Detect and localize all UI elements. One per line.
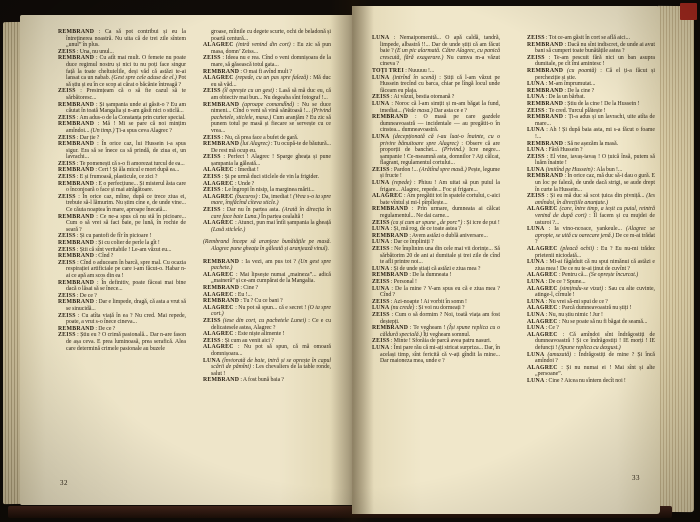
dialogue-line: ALAGREC : Este niște alimente ! [203, 331, 331, 338]
dialogue-line: LUNA : Îmi pare rău că mi-ați stricat su… [372, 345, 500, 365]
line-text: (ca și cum ar spune „de porc”) : Și icre… [390, 220, 500, 226]
line-text: : Și cu pantofi de fîr în picioare ! [76, 233, 152, 239]
dialogue-line: ZEISS : Ai văzut, bestia otomană ? [372, 94, 500, 101]
dialogue-line: REMBRAND : Și cu colier de perle la gît … [58, 240, 186, 247]
speaker-name: REMBRAND [58, 121, 94, 127]
line-text: : Eu !... [234, 292, 252, 298]
dialogue-line: REMBRAND : Cu atît mai mult. O femeie nu… [58, 55, 186, 88]
speaker-name: REMBRAND [58, 102, 94, 108]
line-text: : Cert ! Și ăla micul e mort după ea... [94, 167, 179, 173]
line-text: (intrînd în scenă) : Știți că l-am văzut… [380, 75, 500, 94]
dialogue-line: REMBRAND : Dacă nu sînt indiscret, de un… [527, 42, 655, 55]
speaker-name: REMBRAND [203, 285, 239, 291]
dialogue-line: REMBRAND : Dar e limpede, dragă, că asta… [58, 299, 186, 312]
dialogue-line: LUNA : Mi-ai făgăduit că nu spui nimănui… [527, 259, 655, 272]
line-text: : Știi că sînt veritabile ! Le-am văzut … [76, 247, 172, 253]
dialogue-line: REMBRAND : Și șampania unde ai găsit-o ?… [58, 102, 186, 115]
speaker-name: ALAGREC [203, 42, 234, 48]
speaker-name: ZEISS [203, 318, 221, 324]
line-text: : Imediat ! [234, 167, 259, 173]
dialogue-line: REMBRAND : Tu ? Cu ce bani ? [203, 298, 331, 305]
dialogue-line: ZEISS : Tot ce-am găsit în cort se află … [527, 35, 655, 42]
speaker-name: ZEISS [203, 88, 221, 94]
line-text: : M-am împrumutat... [544, 81, 595, 87]
left-page-text: REMBRAND : Ca să pot contribui și eu la … [20, 15, 352, 384]
dialogue-line: LUNA : De la mine ? V-am spus eu că e zi… [372, 286, 500, 299]
dialogue-line: REMBRAND (lui Alagrec) : Tu ocupă-te de … [203, 141, 331, 154]
speaker-name: ZEISS [203, 207, 221, 213]
speaker-name: REMBRAND [203, 69, 239, 75]
speaker-name: REMBRAND [58, 253, 94, 259]
dialogue-line: ZEISS : Și cum au venit aici ? [203, 338, 331, 345]
dialogue-line: ALAGREC : Și nu numai ei ! Mai sînt și a… [527, 365, 655, 378]
speaker-name: REMBRAND [58, 299, 94, 305]
dialogue-line: ZEISS (ca și cum ar spune „de porc”) : Ș… [372, 220, 500, 227]
line-text: (nu crede) : Și voi nu dormeați ? [389, 305, 464, 311]
dialogue-line: REMBRAND : A fost bună baia ? [203, 377, 331, 384]
dialogue-line: ALAGREC : Nu pot să spun... că e secret … [203, 305, 331, 318]
speaker-name: ALAGREC [203, 75, 234, 81]
speaker-name: LUNA [372, 134, 389, 140]
speaker-name: ALAGREC [527, 246, 558, 252]
dialogue-line: REMBRAND : Te vegheam ! (Își spune repli… [372, 325, 500, 338]
speaker-name: ZEISS [203, 187, 221, 193]
speaker-name: ALAGREC [203, 194, 234, 200]
speaker-name: REMBRAND [527, 173, 563, 179]
dialogue-line: LUNA (înviorată de baie, intră și se opr… [203, 358, 331, 378]
speaker-name: REMBRAND [527, 42, 563, 48]
speaker-name: LUNA [527, 325, 544, 331]
line-text: : De la dumneata ! [408, 272, 451, 278]
line-text: (amuzată) : Îndrăgostiți de mine ? Și în… [535, 352, 655, 365]
speaker-name: LUNA [527, 94, 544, 100]
line-text: : Este niște alimente ! [234, 331, 285, 337]
speaker-name: LUNA [372, 305, 389, 311]
line-text: (înviorată de baie, intră și se oprește … [211, 358, 331, 377]
speaker-name: ZEISS [58, 332, 76, 338]
dialogue-line: LUNA : Ah ! Și după baia asta, mi s-a fă… [527, 127, 655, 140]
dialogue-line: ALAGREC : Unde ? [203, 181, 331, 188]
speaker-name: LUNA [203, 358, 220, 364]
dialogue-line: LUNA : Cine ? Aicea nu sîntem decît noi … [527, 378, 655, 385]
speaker-name: REMBRAND [58, 214, 94, 220]
speaker-name: LUNA [527, 378, 544, 384]
right-page-column-2: ZEISS : Tot ce-am găsit în cort se află … [527, 35, 655, 384]
line-text: : Te-am pescuit fără nici un ban asupra … [535, 55, 655, 68]
line-text: : Și cu colier de perle la gît ! [94, 240, 160, 246]
line-text: : De ce ? Spune... [544, 279, 585, 285]
speaker-name: REMBRAND [203, 377, 239, 383]
line-text: : Tu ? Cu ce bani ? [239, 298, 283, 304]
speaker-name: ZEISS [58, 247, 76, 253]
line-text: : E și frumoasă, plasticule, ce zici ? [76, 174, 158, 180]
line-text: : Nu, nu știu nimic ! Jur ! [544, 312, 602, 318]
speaker-name: REMBRAND [527, 141, 563, 147]
speaker-name: ALAGREC [527, 206, 558, 212]
speaker-name: ALAGREC [527, 305, 558, 311]
speaker-name: LUNA [527, 226, 544, 232]
speaker-name: ZEISS [527, 193, 545, 199]
dialogue-line: LUNA : Fără Hussein ? [527, 147, 655, 154]
speaker-name: REMBRAND [527, 101, 563, 107]
line-text: (repede) : Phiuu ! Am uitat să pun puiul… [380, 180, 500, 193]
speaker-name: ALAGREC [203, 220, 234, 226]
dialogue-line: ZEISS : Te pomenești că s-o fi amorezat … [58, 161, 186, 168]
dialogue-line: groase, mîinile cu degete scurte, ochi d… [203, 29, 331, 42]
line-text: : Ah ! Și după baia asta, mi s-a făcut o… [535, 127, 655, 140]
dialogue-line: ALAGREC : Atunci, pun mai întîi șampania… [203, 220, 331, 233]
speaker-name: ZEISS [58, 49, 76, 55]
dialogue-line: REMBRAND : Mă ! Mi se pare că noi mințim… [58, 121, 186, 134]
line-text: : Nu vrei să-mi spui de ce ? [544, 299, 607, 305]
line-text: : Știu de la cine ! De la Hussein ! [563, 101, 639, 107]
speaker-name: REMBRAND [372, 272, 408, 278]
dialogue-line: LUNA (decepționată că i-au luat-o înaint… [372, 134, 500, 167]
dialogue-line: REMBRAND : În orice caz, lui Hussein i-a… [58, 141, 186, 161]
line-text: : Nu, că prea face a bufet de gară. [221, 135, 299, 141]
speaker-name: LUNA [527, 259, 544, 265]
dialogue-line: REMBRAND (aproape comandînd) : Nu se duc… [203, 102, 331, 135]
dialogue-line: ZEISS : Pardon !... (Arătînd spre masă.)… [372, 167, 500, 180]
line-text: : De la mine ? V-am spus eu că e ziua me… [380, 286, 500, 299]
speaker-name: ZEISS [58, 174, 76, 180]
speaker-name: ZEISS [58, 260, 76, 266]
speaker-name: ZEISS [372, 167, 390, 173]
dialogue-line: LUNA : Dar ce împliniți ? [372, 239, 500, 246]
line-text: : Nemaipomenită... O apă caldă, tandră, … [380, 35, 500, 67]
dialogue-line: ZEISS : Le îngropi în nisip, la marginea… [203, 187, 331, 194]
speaker-name: ALAGREC [203, 292, 234, 298]
line-text: : O mai fi avînd mult ? [239, 69, 292, 75]
line-text: : Noroc că l-am simțit și m-am băgat la … [380, 101, 500, 114]
speaker-name: LUNA [527, 312, 544, 318]
speaker-name: REMBRAND [372, 233, 408, 239]
dialogue-line: ZEISS : Personal ! [372, 279, 500, 286]
line-text: (imitînd pe Hussein) : Ala bun !... [544, 167, 622, 173]
speaker-name: ALAGREC [203, 181, 234, 187]
speaker-name: REMBRAND [58, 181, 94, 187]
dialogue-line: LUNA : Nu vrei să-mi spui de ce ? [527, 299, 655, 306]
speaker-name: ZEISS [372, 338, 390, 344]
speaker-name: ALAGREC [527, 319, 558, 325]
speaker-name: ZEISS [527, 154, 545, 160]
speaker-name: REMBRAND [372, 325, 408, 331]
line-text: : Parcă dumneavoastră nu știți ! [558, 305, 632, 311]
speaker-name: ALAGREC [203, 305, 234, 311]
right-page: LUNA : Nemaipomenită... O apă caldă, tan… [352, 6, 660, 514]
speaker-name: REMBRAND [372, 114, 408, 120]
dialogue-line: LUNA : De la un bărbat. [527, 94, 655, 101]
line-text: (îl oprește cu un gest) : Lasă să mă duc… [211, 88, 331, 101]
line-text: : De la un bărbat. [544, 94, 585, 100]
line-text: (decepționată că i-au luat-o înainte, cu… [380, 134, 500, 166]
dialogue-line: ZEISS : Și eu mă duc să scot țuica din p… [527, 193, 655, 206]
dialogue-line: ALAGREC (intră venind din cort) : Eu zic… [203, 42, 331, 55]
speaker-name: ALAGREC [203, 272, 234, 278]
line-text: : Ai văzut, bestia otomană ? [390, 94, 455, 100]
dialogue-line: REMBRAND : Cînd ? [58, 253, 186, 260]
line-text: : Pardon !... (Arătînd spre masă.) Pește… [380, 167, 500, 180]
dialogue-line: ZEISS : Te-am pescuit fără nici un ban a… [527, 55, 655, 68]
line-text: : Și pe urmă duci sticlele de vin la fri… [221, 174, 319, 180]
speaker-name: LUNA [372, 266, 389, 272]
dialogue-line: LUNA (repede) : Phiuu ! Am uitat să pun … [372, 180, 500, 193]
speaker-name: ZEISS [372, 312, 390, 318]
dialogue-line: ALAGREC : Că amîndoi sînt îndrăgostiți d… [527, 332, 655, 352]
line-text: : Am adus-o de la Constanța prin curier … [76, 115, 186, 121]
speaker-name: ZEISS [203, 55, 221, 61]
dialogue-line: ZEISS : Te cred. Turcul plătește ! [527, 108, 655, 115]
speaker-name: LUNA [527, 352, 544, 358]
speaker-name: ZEISS [372, 94, 390, 100]
speaker-name: ZEISS [527, 108, 545, 114]
dialogue-line: ALAGREC : Mai lipsește numai „maineza”..… [203, 272, 331, 285]
dialogue-line: ALAGREC : Parcă dumneavoastră nu știți ! [527, 305, 655, 312]
dialogue-line: ZEISS : Perfect ! Alagrec ! Sparge gheaț… [203, 154, 331, 167]
line-text: (Rembrand începe să aranjeze bunătățile … [203, 239, 331, 252]
speaker-name: LUNA [372, 75, 389, 81]
dialogue-line: LUNA : Și, mă rog, de ce toate astea ? [372, 226, 500, 233]
line-text: : Dar nu în partea asta. (Arată în direc… [211, 207, 331, 220]
line-text: : De ce ? [76, 293, 97, 299]
line-text: : Te cred. Turcul plătește ! [545, 108, 606, 114]
line-text: : Cine ? Aicea nu sîntem decît noi ! [544, 378, 625, 384]
line-text: : Cînd ? [94, 253, 113, 259]
page-number-left: 32 [60, 479, 68, 487]
line-text: : Le îngropi în nisip, la marginea mării… [221, 187, 315, 193]
left-page: REMBRAND : Ca să pot contribui și eu la … [20, 15, 352, 505]
dialogue-line: REMBRAND : În orice caz, mă duc să-i dau… [527, 173, 655, 193]
line-text: : Unde ? [234, 181, 255, 187]
speaker-name: ZEISS [203, 174, 221, 180]
right-page-text: LUNA : Nemaipomenită... O apă caldă, tan… [352, 6, 660, 384]
speaker-name: ZEISS [58, 194, 76, 200]
speaker-name: ZEISS [372, 279, 390, 285]
line-text: : De ce ? [94, 326, 115, 332]
dialogue-line: REMBRAND : O masă pe care gazdele dumnea… [372, 114, 500, 134]
line-text: : Cu atîta viață în ea ? Nu cred. Mai re… [66, 313, 186, 326]
line-text: : Ce ? [544, 325, 558, 331]
dialogue-line: REMBRAND : Ți-a adus și un lavrachi, uit… [527, 114, 655, 127]
speaker-name: ZEISS [58, 115, 76, 121]
speaker-name: LUNA [372, 345, 389, 351]
dialogue-line: REMBRAND : Prin urmare, dumneata ai călc… [372, 206, 500, 219]
dialogue-line: REMBRAND : Ia vezi, am pus tot ? (Un ges… [203, 259, 331, 272]
speaker-name: ZEISS [372, 299, 390, 305]
fore-edge-pages [658, 6, 694, 512]
dialogue-line: ZEISS (iese din cort, cu pachetele Lunei… [203, 318, 331, 331]
speaker-name: ZEISS [58, 135, 76, 141]
speaker-name: ZEISS [58, 161, 76, 167]
dialogue-line: ALAGREC : Am pregătit tot în spatele cor… [372, 193, 500, 206]
speaker-name: ALAGREC [527, 365, 558, 371]
dialogue-line: ALAGREC (care, între timp, a ieșit cu pu… [527, 206, 655, 226]
speaker-name: ZEISS [372, 220, 390, 226]
speaker-name: REMBRAND [203, 259, 239, 265]
dialogue-line: ZEISS : De ce ? [58, 293, 186, 300]
speaker-name: LUNA [372, 35, 389, 41]
line-text: : În orice caz, mîine, după ce trece ziu… [66, 194, 186, 213]
speaker-name: REMBRAND [58, 141, 94, 147]
speaker-name: REMBRAND [203, 141, 239, 147]
line-text: : Azi-noapte ! Ai vorbit în somn ! [390, 299, 467, 305]
dialogue-line: LUNA : Și de unde știați că astăzi e ziu… [372, 266, 500, 273]
line-text: : Avem astăzi o dublă aniversare... [408, 233, 488, 239]
dialogue-line: REMBRAND : Știu de la cine ! De la Husse… [527, 101, 655, 108]
line-text: : Presimțeam că o să fie cazul să te săr… [66, 88, 186, 101]
dialogue-line: ZEISS : Dar nu în partea asta. (Arată în… [203, 207, 331, 220]
line-text: : El vine, iavaș-iavaș ! O țuică însă, p… [535, 154, 655, 167]
line-text: : Fără Hussein ? [544, 147, 582, 153]
line-text: : Nuuuuu !... [404, 68, 434, 74]
line-text: : Îmi pare rău că mi-ați stricat surpriz… [380, 345, 500, 364]
dialogue-line: REMBRAND : Avem astăzi o dublă aniversar… [372, 233, 500, 240]
speaker-name: REMBRAND [527, 114, 563, 120]
speaker-name: LUNA [527, 147, 544, 153]
line-text: : Să ne așezăm la masă. [563, 141, 618, 147]
line-text: : Nu se poate să nu fi băgat de seamă... [558, 319, 648, 325]
dialogue-line: TOȚI TREI : Nuuuuu !... [372, 68, 500, 75]
line-text: : Te pomenești că s-o fi amorezat turcul… [76, 161, 185, 167]
stage-direction: (Rembrand începe să aranjeze bunătățile … [203, 239, 331, 252]
speaker-name: LUNA [372, 286, 389, 292]
dialogue-line: LUNA : Noroc că l-am simțit și m-am băga… [372, 101, 500, 114]
dialogue-line: REMBRAND : Cine ? [203, 285, 331, 292]
line-text: (iese din cort, cu pachetele Lunei) : Ce… [211, 318, 331, 331]
speaker-name: TOȚI TREI [372, 68, 404, 74]
dialogue-line: LUNA : De ce ? Spune... [527, 279, 655, 286]
speaker-name: ALAGREC [527, 272, 558, 278]
dialogue-line: REMBRAND : Ca să pot contribui și eu la … [58, 29, 186, 49]
dialogue-line: REMBRAND : De la cine ? [527, 88, 655, 95]
speaker-name: ZEISS [203, 338, 221, 344]
dialogue-line: REMBRAND : E o perfecțiune... Și misteru… [58, 181, 186, 194]
speaker-name: LUNA [372, 226, 389, 232]
dialogue-line: ALAGREC (simțindu-se vizat) : Sau cu alt… [527, 286, 655, 299]
speaker-name: LUNA [527, 299, 544, 305]
dialogue-line: ALAGREC (pleacă ochii) : Eu ? Eu nu-mi t… [527, 246, 655, 259]
dialogue-line: REMBRAND : De la dumneata ! [372, 272, 500, 279]
speaker-name: ZEISS [203, 135, 221, 141]
line-text: : Pentru că... (Se oprește încurcat.) [558, 272, 638, 278]
line-text: : Cum o să dormim ? Noi, toată viața am … [380, 312, 500, 325]
speaker-name: ALAGREC [527, 286, 558, 292]
line-text: : Mi-ai făgăduit că nu spui nimănui că a… [535, 259, 655, 272]
line-text: : Și de unde știați că astăzi e ziua mea… [389, 266, 480, 272]
dialogue-line: REMBRAND (cu poantă) : Că el ți-a făcut … [527, 68, 655, 81]
line-text: : De la cine ? [563, 88, 594, 94]
dialogue-line: ALAGREC (bucuros) : Da, imediat ! (Vrea … [203, 194, 331, 207]
red-edge-stain [680, 3, 697, 20]
line-text: : Personal ! [390, 279, 417, 285]
dialogue-line: ZEISS : Am adus-o de la Constanța prin c… [58, 115, 186, 122]
dialogue-line: LUNA : Ce ? [527, 325, 655, 332]
line-text: : Tot ce-am găsit în cort se află aici..… [545, 35, 630, 41]
line-text: : Ideea nu e rea. Cînd o veni domnișoara… [211, 55, 331, 68]
dialogue-line: ZEISS : În orice caz, mîine, după ce tre… [58, 194, 186, 214]
speaker-name: ALAGREC [203, 167, 234, 173]
line-text: : Ia vino-ncoace, yankeule... (Alagrec s… [535, 226, 655, 245]
line-text: : Cînd o aduceam în barcă, spre mal. Cu … [66, 260, 186, 279]
right-page-column-1: LUNA : Nemaipomenită... O apă caldă, tan… [372, 35, 500, 384]
speaker-name: ZEISS [527, 35, 545, 41]
line-text: : Una, nu unul... [76, 49, 114, 55]
speaker-name: LUNA [527, 81, 544, 87]
speaker-name: LUNA [527, 167, 544, 173]
dialogue-line: ZEISS : Cum o să dormim ? Noi, toată via… [372, 312, 500, 325]
dialogue-line: ZEISS : Și pe urmă duci sticlele de vin … [203, 174, 331, 181]
dialogue-line: LUNA : Ia vino-ncoace, yankeule... (Alag… [527, 226, 655, 246]
speaker-name: ZEISS [527, 55, 545, 61]
dialogue-line: REMBRAND : Ce ne-a spus că nu stă în pic… [58, 214, 186, 234]
speaker-name: ALAGREC [527, 332, 558, 338]
dialogue-line: ALAGREC : Eu !... [203, 292, 331, 299]
line-text: : Minte ! Sforăia de parcă avea patru na… [390, 338, 492, 344]
speaker-name: REMBRAND [58, 280, 94, 286]
speaker-name: ZEISS [58, 293, 76, 299]
dialogue-line: ALAGREC : Nu pot să spun, că mă omoară d… [203, 344, 331, 357]
line-text: : A fost bună baia ? [239, 377, 284, 383]
speaker-name: REMBRAND [203, 298, 239, 304]
page-number-right: 33 [632, 474, 640, 482]
line-text: : Și cum au venit aici ? [221, 338, 274, 344]
book-photo: REMBRAND : Ca să pot contribui și eu la … [0, 0, 700, 522]
speaker-name: REMBRAND [372, 206, 408, 212]
speaker-name: LUNA [372, 101, 389, 107]
dialogue-line: LUNA (intrînd în scenă) : Știți că l-am … [372, 75, 500, 95]
dialogue-line: ZEISS : El vine, iavaș-iavaș ! O țuică î… [527, 154, 655, 167]
left-page-column-1: REMBRAND : Ca să pot contribui și eu la … [58, 29, 186, 384]
dialogue-line: ZEISS : Presimțeam că o să fie cazul să … [58, 88, 186, 101]
speaker-name: ZEISS [372, 246, 390, 252]
speaker-name: LUNA [372, 180, 389, 186]
line-text: : Dar ție ? [76, 135, 100, 141]
line-text: : Și, mă rog, de ce toate astea ? [389, 226, 460, 232]
dialogue-line: LUNA : Nemaipomenită... O apă caldă, tan… [372, 35, 500, 68]
speaker-name: ALAGREC [203, 344, 234, 350]
dialogue-line: LUNA (amuzată) : Îndrăgostiți de mine ? … [527, 352, 655, 365]
speaker-name: REMBRAND [58, 167, 94, 173]
speaker-name: ALAGREC [203, 331, 234, 337]
speaker-name: ZEISS [58, 233, 76, 239]
speaker-name: REMBRAND [58, 29, 94, 35]
line-text: : Cine ? [239, 285, 258, 291]
speaker-name: ZEISS [58, 88, 76, 94]
dialogue-line: REMBRAND : În definitiv, poate făceai ma… [58, 280, 186, 293]
speaker-name: REMBRAND [58, 55, 94, 61]
dialogue-line: ZEISS : Minte ! Sforăia de parcă avea pa… [372, 338, 500, 345]
dialogue-line: REMBRAND : Să ne așezăm la masă. [527, 141, 655, 148]
dialogue-line: LUNA : M-am împrumutat... [527, 81, 655, 88]
speaker-name: LUNA [372, 239, 389, 245]
dialogue-line: ALAGREC (repede, cu un pas spre faleză) … [203, 75, 331, 88]
speaker-name: LUNA [527, 127, 544, 133]
line-text: : Dar ce împliniți ? [389, 239, 433, 245]
speaker-name: LUNA [527, 279, 544, 285]
dialogue-line: ZEISS : Ne împlinim una din cele mai vii… [372, 246, 500, 266]
speaker-name: REMBRAND [58, 240, 94, 246]
line-text: : Ne împlinim una din cele mai vii dorin… [380, 246, 500, 265]
dialogue-line: ZEISS (îl oprește cu un gest) : Lasă să … [203, 88, 331, 101]
dialogue-line: ZEISS : Ideea nu e rea. Cînd o veni domn… [203, 55, 331, 68]
dialogue-line: ZEISS : Știu eu ? O crimă pasională... D… [58, 332, 186, 352]
dialogue-line: ALAGREC : Nu se poate să nu fi băgat de … [527, 319, 655, 326]
dialogue-line: ZEISS : Cînd o aduceam în barcă, spre ma… [58, 260, 186, 280]
dialogue-line: LUNA : Nu, nu știu nimic ! Jur ! [527, 312, 655, 319]
speaker-name: REMBRAND [527, 88, 563, 94]
speaker-name: REMBRAND [527, 68, 563, 74]
line-text: : Perfect ! Alagrec ! Sparge gheața și p… [211, 154, 331, 167]
